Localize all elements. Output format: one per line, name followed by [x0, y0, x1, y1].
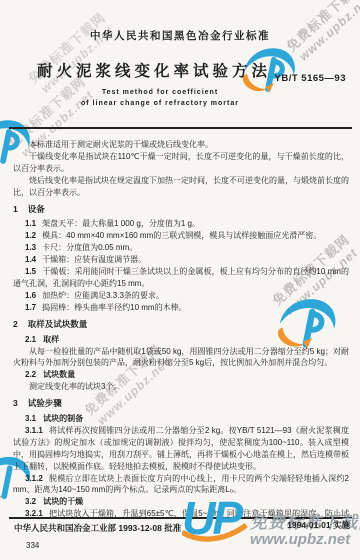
- clause-item: 1.4干燥箱：应装有温度调节器。: [13, 254, 349, 266]
- upbz-logo-icon: U P: [182, 486, 248, 550]
- clause-item: 1.1架盘天平：最大称量1 000 g，分度值为1 g。: [13, 218, 349, 230]
- intro-paragraph: 烧后线变化率是指试块在规定温度下加热一定时间，长度不可逆变化的量，与煅烧前长度的…: [13, 175, 349, 199]
- intro-paragraph: 本标准适用于测定耐火泥浆的干燥或烧后线变化率。: [13, 139, 349, 151]
- intro-paragraph: 干燥线变化率是指试块在110℃干燥一定时间，长度不可逆变化的量，与干燥前长度的比…: [13, 151, 349, 175]
- clause-paragraph: 测定线变化率的试块3个。: [13, 381, 349, 393]
- clause-paragraph: 从每一检验批量的产品中随机取1袋或50 kg，用圆锥四分法或用二分器缩分至约5 …: [13, 346, 349, 370]
- clause-item: 1.6加热炉：应能满足3.3.3条的要求。: [13, 290, 349, 302]
- implementation-date: 1994-01-01 实施: [287, 519, 350, 531]
- header-divider: [9, 127, 352, 129]
- standard-number: YB/T 5165—93: [275, 73, 346, 84]
- clause-item: 1.2模具：40 mm×40 mm×160 mm的三联式钢模，模具与试样接触面应…: [13, 230, 349, 242]
- standard-document-page: 免费标准下载网www.upbz.net 免费标准下载网www.upbz.net …: [0, 0, 360, 560]
- document-body: 本标准适用于测定耐火泥浆的干燥或烧后线变化率。 干燥线变化率是指试块在110℃干…: [13, 139, 349, 517]
- clause-item: 1.5干燥板：采用能同时干燥三条试块以上的金属板，板上应有均匀分布的直径约10 …: [13, 266, 349, 290]
- document-title: 耐火泥浆线变化率试验方法: [20, 59, 288, 81]
- section-heading: 1设备: [13, 204, 349, 216]
- english-title-line2: of linear change of refractory mortar: [10, 100, 310, 107]
- subsection-heading: 2.2试块数量: [13, 369, 349, 381]
- subsection-heading: 2.1取样: [13, 334, 349, 346]
- section-heading: 2取样及试块数量: [13, 319, 349, 331]
- approval-statement: 中华人民共和国冶金工业部 1993-12-08 批准: [14, 522, 181, 534]
- english-title-line1: Test method for coefficient: [10, 89, 310, 96]
- clause-item: 3.1.1将试样再次按圆锥四分法或用二分器缩分至2 kg。按YB/T 5121—…: [13, 425, 349, 473]
- clause-item: 1.7捣固棒：棒头曲率半径约10 mm的木棒。: [13, 302, 349, 314]
- watermark-text: 免费标准下载网www.upbz.net: [24, 7, 119, 97]
- subsection-heading: 3.1试块的制备: [13, 413, 349, 425]
- section-heading: 3试验步骤: [13, 398, 349, 410]
- page-number: 334: [26, 541, 39, 550]
- standard-type-heading: 中华人民共和国黑色冶金行业标准: [0, 28, 360, 43]
- clause-item: 1.3卡尺：分度值为0.05 mm。: [13, 242, 349, 254]
- upbz-footer-logo: U P 免费标准下载网 www.upbz.net: [182, 486, 360, 550]
